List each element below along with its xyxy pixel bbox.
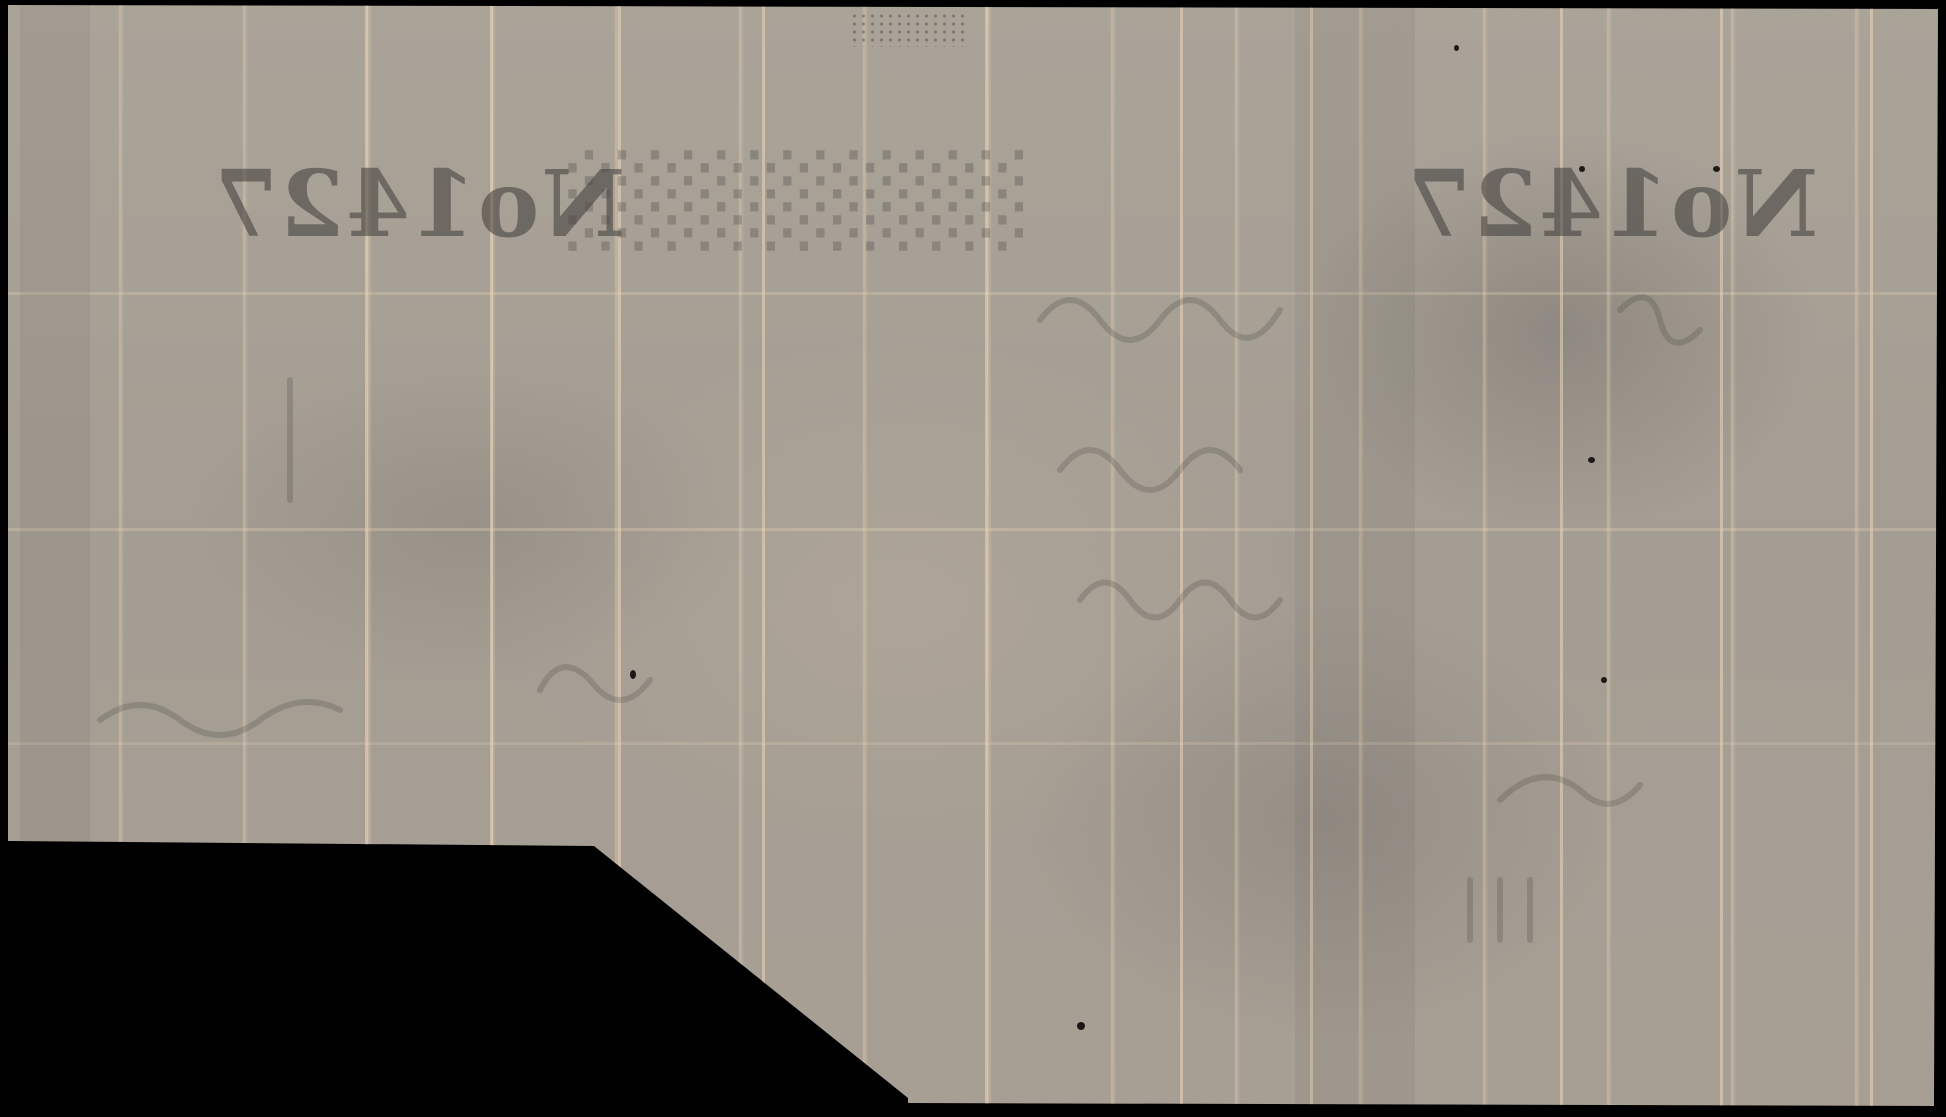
paper-hole: [1713, 166, 1720, 172]
paper-hole: [1588, 457, 1595, 463]
paper-hole: [630, 670, 636, 679]
banknote-paper: No1427 No1427 ░░░░░░░: [0, 0, 1946, 1117]
paper-hole: [1601, 677, 1607, 683]
paper-hole: [1579, 166, 1585, 172]
show-through-handwriting: [0, 0, 1946, 1117]
paper-hole: [1077, 1022, 1085, 1030]
paper-hole: [1454, 45, 1459, 51]
